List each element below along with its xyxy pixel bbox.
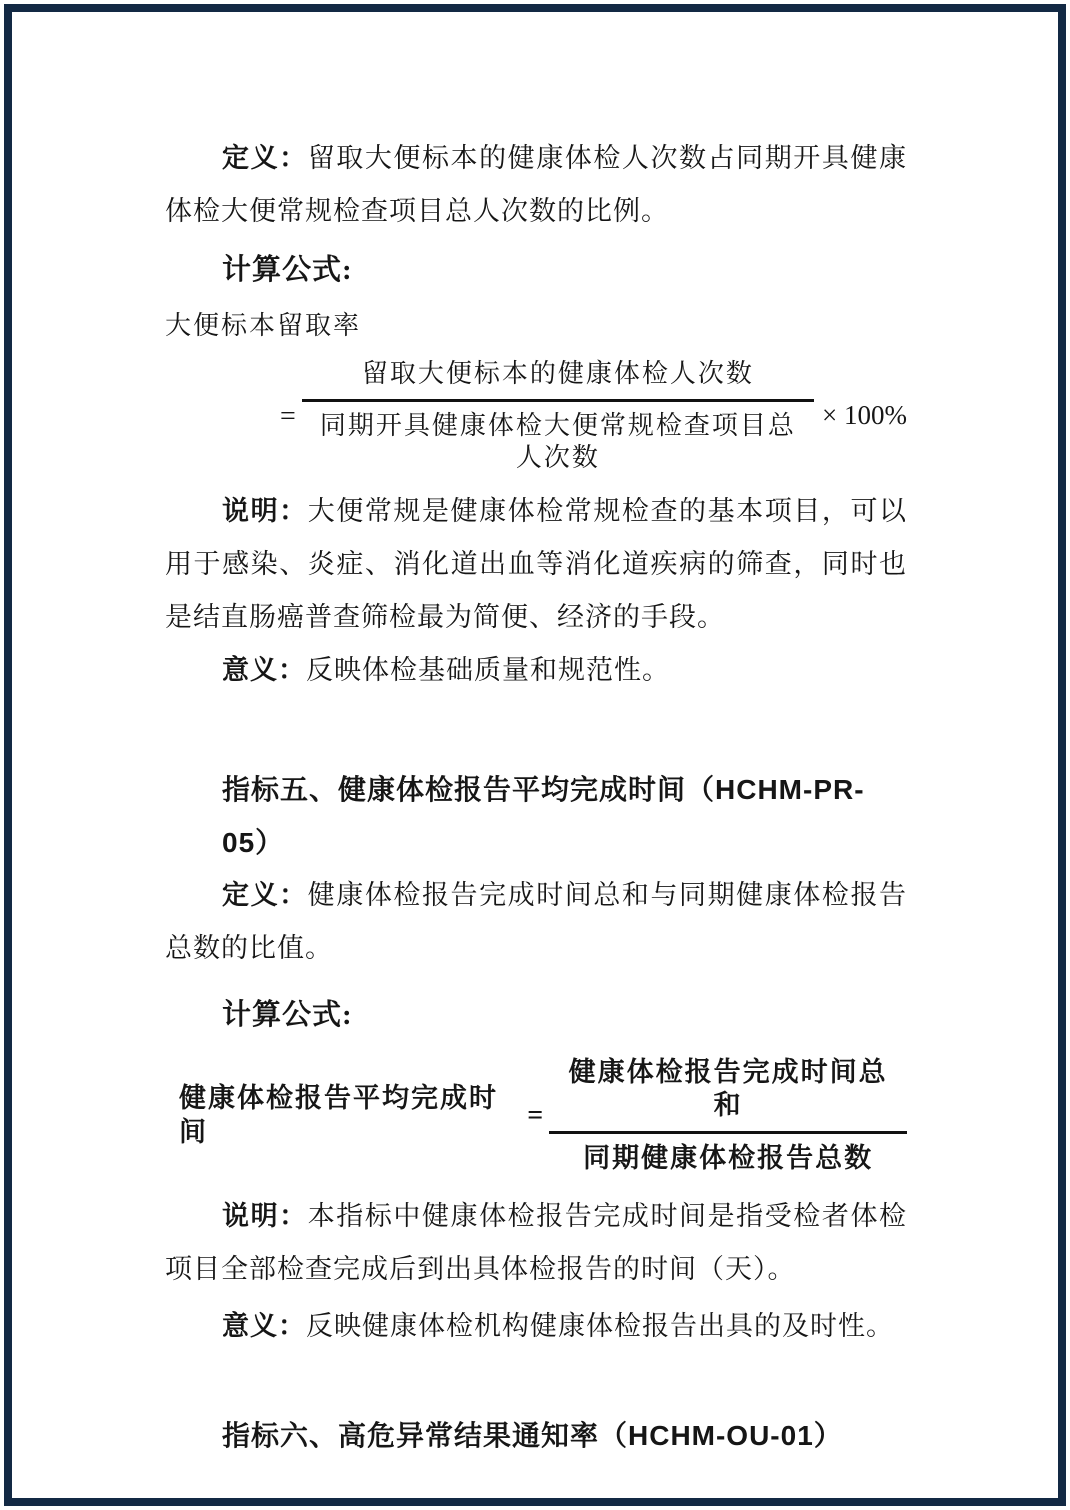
- significance-text: 反映体检基础质量和规范性。: [306, 655, 670, 685]
- note-label: 说明：: [222, 1201, 308, 1231]
- note-paragraph-indicator5: 说明：本指标中健康体检报告完成时间是指受检者体检项目全部检查完成后到出具体检报告…: [165, 1190, 907, 1296]
- multiplier: × 100%: [814, 399, 907, 433]
- section-heading-indicator5: 指标五、健康体检报告平均完成时间（HCHM-PR-05）: [222, 763, 907, 869]
- significance-label: 意义：: [222, 655, 306, 685]
- equals-sign: =: [517, 1098, 549, 1133]
- fraction-numerator: 留取大便标本的健康体检人次数: [302, 358, 814, 402]
- fraction-denominator: 同期健康体检报告总数: [549, 1134, 907, 1176]
- note-label: 说明：: [222, 496, 308, 526]
- fraction-denominator: 同期开具健康体检大便常规检查项目总人次数: [302, 402, 814, 475]
- formula-label-indicator5: 计算公式:: [222, 989, 907, 1042]
- document-page: 定义：留取大便标本的健康体检人次数占同期开具健康体检大便常规检查项目总人次数的比…: [4, 4, 1066, 1506]
- page-content: 定义：留取大便标本的健康体检人次数占同期开具健康体检大便常规检查项目总人次数的比…: [12, 12, 907, 1462]
- significance-paragraph-indicator5: 意义：反映健康体检机构健康体检报告出具的及时性。: [165, 1300, 907, 1353]
- formula-indicator4: = 留取大便标本的健康体检人次数 同期开具健康体检大便常规检查项目总人次数 × …: [280, 358, 907, 475]
- definition-paragraph-indicator4: 定义：留取大便标本的健康体检人次数占同期开具健康体检大便常规检查项目总人次数的比…: [165, 132, 907, 238]
- fraction-numerator: 健康体检报告完成时间总和: [549, 1056, 907, 1135]
- formula-lhs: 健康体检报告平均完成时间: [179, 1082, 517, 1150]
- significance-label: 意义：: [222, 1311, 306, 1341]
- significance-text: 反映健康体检机构健康体检报告出具的及时性。: [306, 1311, 894, 1341]
- fraction: 健康体检报告完成时间总和 同期健康体检报告总数: [549, 1056, 907, 1176]
- definition-label: 定义：: [222, 880, 308, 910]
- formula-indicator5: 健康体检报告平均完成时间 = 健康体检报告完成时间总和 同期健康体检报告总数: [179, 1056, 907, 1176]
- formula-label-indicator4: 计算公式:: [222, 244, 907, 297]
- significance-paragraph-indicator4: 意义：反映体检基础质量和规范性。: [165, 644, 907, 697]
- note-paragraph-indicator4: 说明：大便常规是健康体检常规检查的基本项目，可以用于感染、炎症、消化道出血等消化…: [165, 485, 907, 644]
- formula-lhs-indicator4: 大便标本留取率: [165, 299, 907, 352]
- equals-sign: =: [280, 399, 302, 434]
- definition-label: 定义：: [222, 143, 308, 173]
- definition-paragraph-indicator5: 定义：健康体检报告完成时间总和与同期健康体检报告总数的比值。: [165, 869, 907, 975]
- fraction: 留取大便标本的健康体检人次数 同期开具健康体检大便常规检查项目总人次数: [302, 358, 814, 475]
- section-heading-indicator6: 指标六、高危异常结果通知率（HCHM-OU-01）: [222, 1409, 907, 1462]
